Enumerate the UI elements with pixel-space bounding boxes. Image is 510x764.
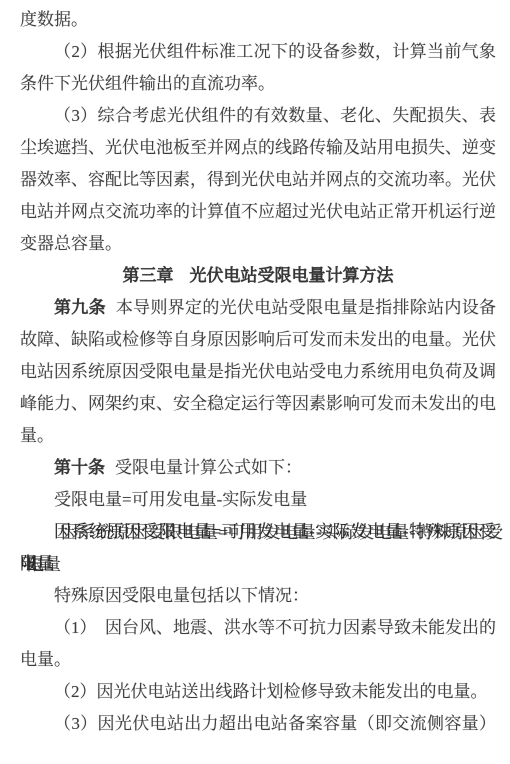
paragraph-end-line: 度数据。	[20, 4, 496, 36]
article-9-text: 本导则界定的光伏电站受限电量是指排除站内设备	[116, 298, 496, 317]
article-9-line-2: 故障、缺陷或检修等自身原因影响后可发而未发出的电量。光伏	[20, 324, 496, 356]
chapter-3-heading: 第三章光伏电站受限电量计算方法	[20, 260, 496, 292]
case-1-line-2: 电量。	[20, 644, 496, 676]
case-2-line: （2）因光伏电站送出线路计划检修导致未能发出的电量。	[20, 676, 496, 708]
item-3-line-1: （3）综合考虑光伏组件的有效数量、老化、失配损失、表面	[20, 100, 496, 132]
item-3-line-3: 器效率、容配比等因素，得到光伏电站并网点的交流功率。光伏	[20, 164, 496, 196]
item-3-line-2: 尘埃遮挡、光伏电池板至并网点的线路传输及站用电损失、逆变	[20, 132, 496, 164]
garbled-formula-line: 因系统原因受限电量=可用发电量-实际发电量-特殊原因受限 因系统原因受限电量=可…	[20, 516, 496, 548]
item-3-line-5: 变器总容量。	[20, 228, 496, 260]
article-9-line-5: 量。	[20, 420, 496, 452]
item-2-line-2: 条件下光伏组件输出的直流功率。	[20, 68, 496, 100]
case-3-line: （3）因光伏电站出力超出电站备案容量（即交流侧容量）	[20, 708, 496, 740]
special-cases-intro-line: 特殊原因受限电量包括以下情况：	[20, 580, 496, 612]
article-9-number: 第九条	[54, 298, 106, 317]
page-text-block: 度数据。 （2）根据光伏组件标准工况下的设备参数，计算当前气象 条件下光伏组件输…	[20, 4, 496, 740]
article-10-text: 受限电量计算公式如下：	[115, 458, 302, 477]
garbled-formula-line-2: 电量 电量	[20, 548, 496, 580]
article-9-line-1: 第九条本导则界定的光伏电站受限电量是指排除站内设备	[20, 292, 496, 324]
chapter-title: 光伏电站受限电量计算方法	[190, 266, 394, 285]
article-9-line-4: 峰能力、网架约束、安全稳定运行等因素影响可发而未发出的电	[20, 388, 496, 420]
item-3-line-4: 电站并网点交流功率的计算值不应超过光伏电站正常开机运行逆	[20, 196, 496, 228]
case-1-line-1: （1） 因台风、地震、洪水等不可抗力因素导致未能发出的	[20, 612, 496, 644]
article-9-line-3: 电站因系统原因受限电量是指光伏电站受电力系统用电负荷及调	[20, 356, 496, 388]
chapter-number: 第三章	[123, 266, 174, 285]
article-10-number: 第十条	[54, 458, 105, 477]
item-2-line-1: （2）根据光伏组件标准工况下的设备参数，计算当前气象	[20, 36, 496, 68]
garbled-formula-2-echo: 电量	[27, 549, 503, 581]
formula-line: 受限电量=可用发电量-实际发电量	[20, 484, 496, 516]
article-10-line: 第十条受限电量计算公式如下：	[20, 452, 496, 484]
document-page: 度数据。 （2）根据光伏组件标准工况下的设备参数，计算当前气象 条件下光伏组件输…	[0, 0, 510, 764]
